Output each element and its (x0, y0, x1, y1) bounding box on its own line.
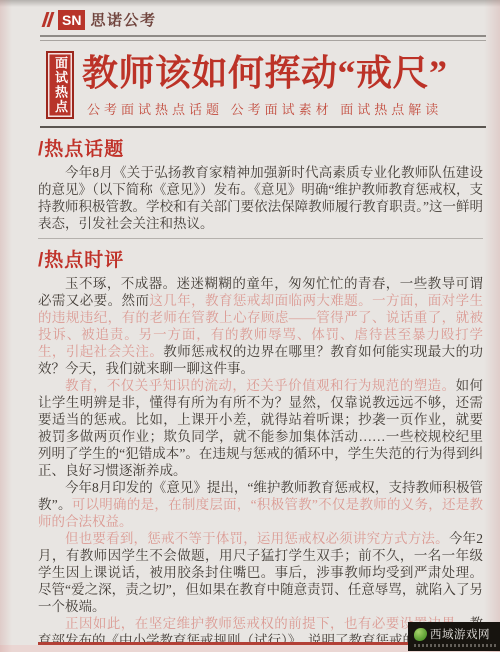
section-divider (38, 238, 483, 239)
paragraph: 今年8月印发的《意见》提出，“维护教师教育惩戒权，支持教师积极管教”。可以明确的… (38, 479, 483, 530)
brand-header: SN 思诺公考 (0, 0, 500, 30)
leaf-icon (414, 628, 427, 641)
hero-main: 教师该如何挥动“戒尺” 公考面试热点话题 公考面试素材 面试热点解读 (82, 51, 488, 119)
section-heading: /热点话题 (38, 134, 483, 161)
double-slash-icon (44, 12, 52, 27)
subtitle-divider (40, 126, 486, 128)
brand-name: 思诺公考 (90, 9, 156, 30)
hero-tag-label: 面试热点 (51, 56, 69, 114)
watermark-text: 西域游戏网 (430, 626, 490, 642)
text-segment: 如何让学生明辨是非，懂得有所为有所不为？显然，仅靠说教远远不够，还需要适当的惩戒… (38, 378, 483, 478)
paragraph: 玉不琢，不成器。迷迷糊糊的童年，匆匆忙忙的青春，一些教导可谓必需又必要。然而这几… (38, 275, 483, 377)
hero-subtitle: 公考面试热点话题 公考面试素材 面试热点解读 (82, 99, 488, 118)
hero-banner: 面试热点 教师该如何挥动“戒尺” 公考面试热点话题 公考面试素材 面试热点解读 (46, 51, 488, 119)
article-sections: /热点话题今年8月《关于弘扬教育家精神加强新时代高素质专业化教师队伍建设的意见》… (38, 134, 483, 649)
text-segment: 但也要看到，惩戒不等于体罚，运用惩戒权必须讲究方式方法。 (65, 531, 449, 546)
page-title: 教师该如何挥动“戒尺” (82, 51, 488, 95)
brand-badge: SN (58, 10, 85, 30)
text-segment: 教育，不仅关乎知识的流动，还关乎价值观和行为规范的塑造。 (65, 378, 456, 393)
text-segment: 今年8月《关于弘扬教育家精神加强新时代高素质专业化教师队伍建设的意见》（以下简称… (38, 165, 483, 231)
section-heading: /热点时评 (38, 245, 483, 272)
paragraph: 教育，不仅关乎知识的流动，还关乎价值观和行为规范的塑造。如何让学生明辨是非，懂得… (38, 377, 483, 479)
watermark-small-text (414, 644, 496, 647)
hero-vertical-tag: 面试热点 (46, 51, 74, 119)
text-segment: 可以明确的是，在制度层面，“积极管教”不仅是教师的义务，还是教师的合法权益。 (38, 497, 483, 529)
watermark: 西域游戏网 (408, 622, 500, 651)
paragraph: 但也要看到，惩戒不等于体罚，运用惩戒权必须讲究方式方法。今年2月，有教师因学生不… (38, 530, 483, 615)
paragraph: 今年8月《关于弘扬教育家精神加强新时代高素质专业化教师队伍建设的意见》（以下简称… (38, 164, 483, 232)
header-divider (40, 35, 486, 41)
